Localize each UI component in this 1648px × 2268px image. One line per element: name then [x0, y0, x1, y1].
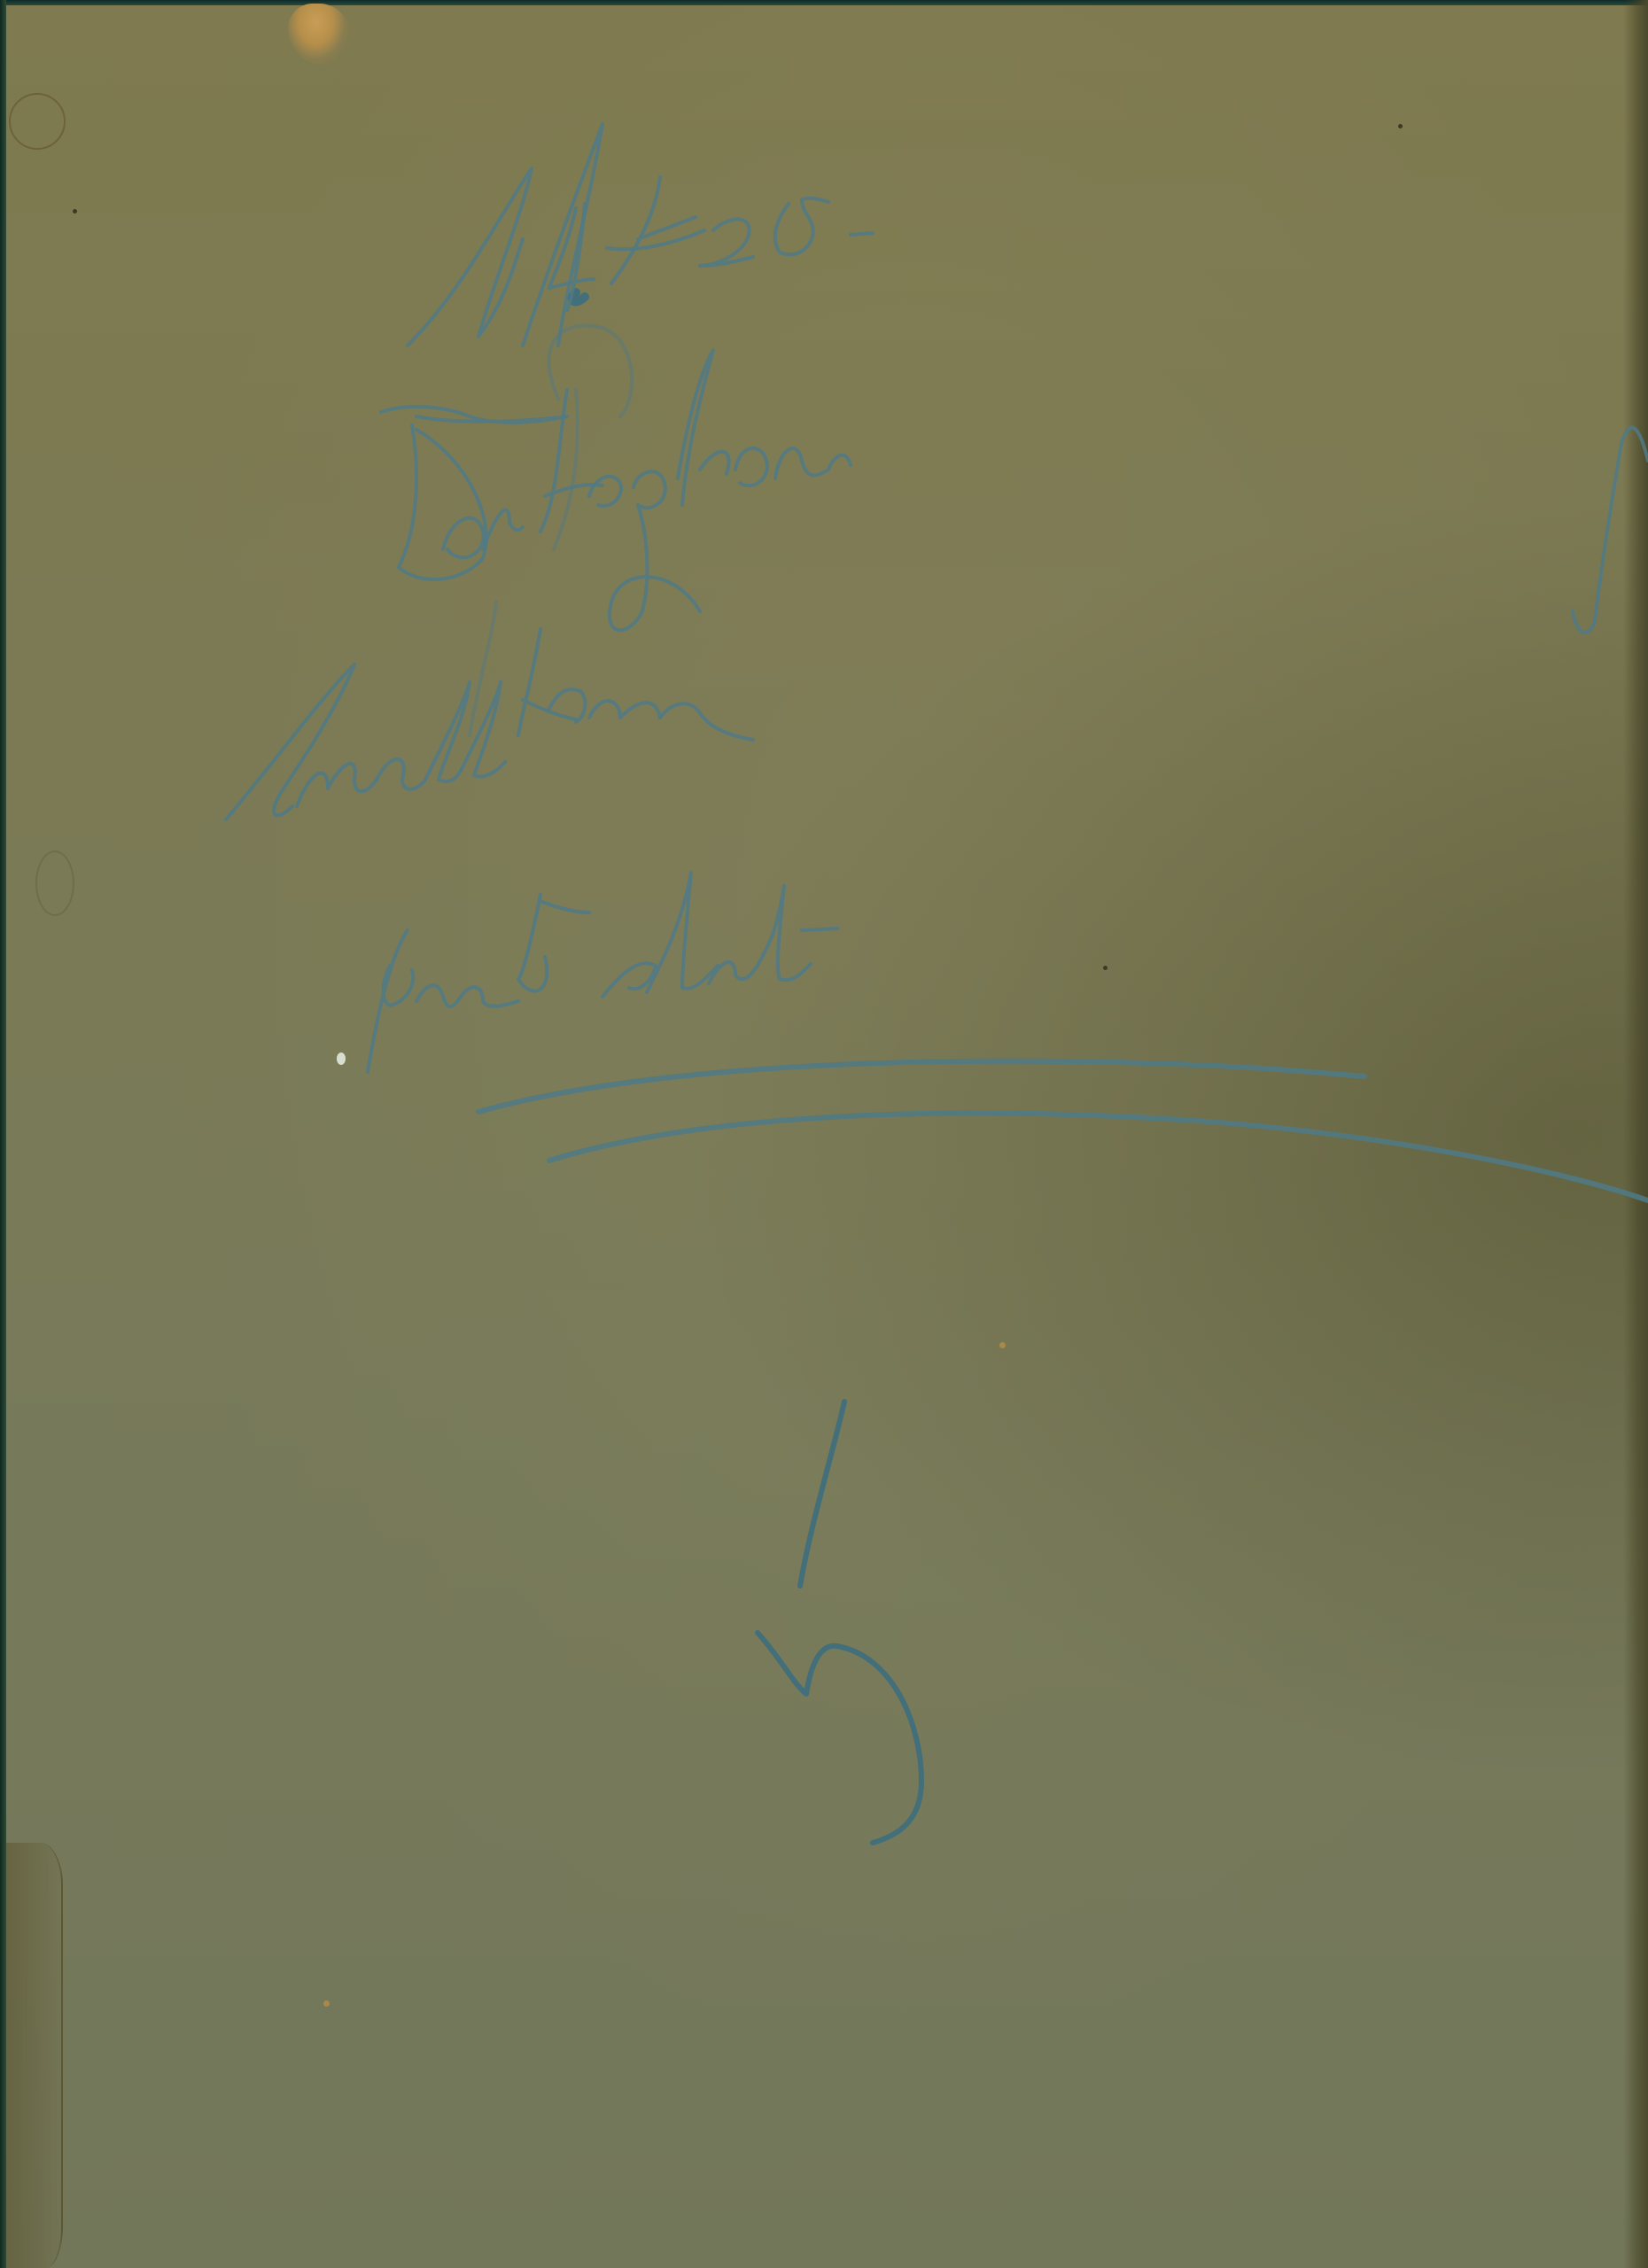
handwriting-strokes — [0, 0, 1648, 2268]
line-name-strokes — [381, 326, 1648, 633]
scanned-card-back: Sept 4 — 25 — Don Fogleson Small Frame p… — [0, 0, 1648, 2268]
number-mark-strokes — [758, 1402, 921, 1843]
underline-strokes — [478, 1061, 1648, 1200]
line-note-strokes — [368, 873, 837, 1072]
line-item-strokes — [226, 602, 753, 819]
line-date-strokes — [408, 124, 873, 346]
